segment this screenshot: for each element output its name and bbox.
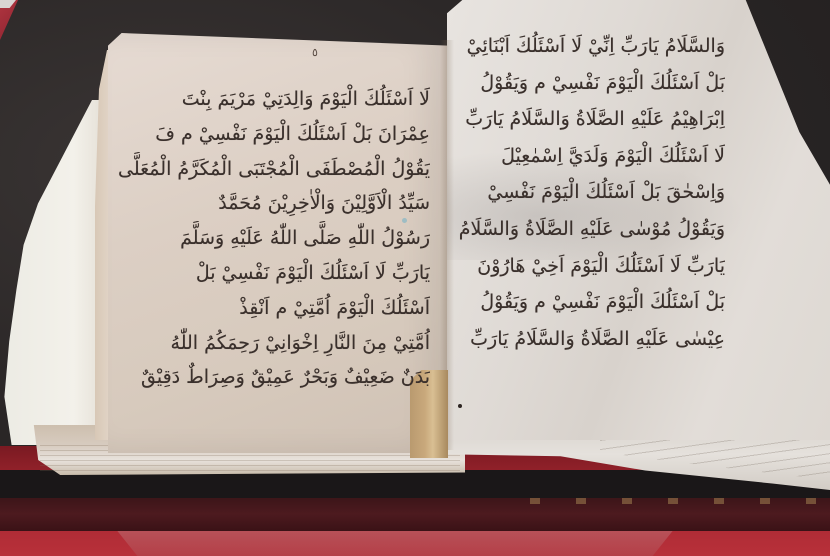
- text-line: وَالسَّلَامُ يَارَبِّ اِنِّيْ لَا اَسْئَ…: [455, 28, 725, 65]
- text-line: عِمْرَانَ بَلْ اَسْئَلُكَ الْيَوْمَ نَفْ…: [118, 117, 430, 152]
- text-line: وَاِسْحٰقَ بَلْ اَسْئَلُكَ الْيَوْمَ نَف…: [455, 174, 725, 211]
- text-line: رَسُوْلُ اللّٰهِ صَلَّى اللّٰهُ عَلَيْهِ…: [118, 221, 430, 256]
- text-line: بَلْ اَسْئَلُكَ الْيَوْمَ نَفْسِيْ م وَي…: [455, 65, 725, 102]
- text-line: اَسْئَلُكَ الْيَوْمَ اُمَّتِيْ م اَنْقِذ…: [118, 291, 430, 326]
- text-line: اُمَّتِيْ مِنَ النَّارِ اِخْوَانِيْ رَحِ…: [118, 326, 430, 361]
- text-line: لَا اَسْئَلُكَ الْيَوْمَ وَلَدَيَّ اِسْم…: [455, 138, 725, 175]
- text-line: وَيَقُوْلُ مُوْسٰى عَلَيْهِ الصَّلَاةُ و…: [455, 211, 725, 248]
- text-line: عِيْسٰى عَلَيْهِ الصَّلَاةُ وَالسَّلَامُ…: [455, 321, 725, 358]
- page-marker: ٥: [312, 46, 318, 59]
- text-line: لَا اَسْئَلُكَ الْيَوْمَ وَالِدَتِيْ مَر…: [118, 82, 430, 117]
- text-line: يَارَبِّ لَا اَسْئَلُكَ الْيَوْمَ اَخِيْ…: [455, 248, 725, 285]
- right-page-text: وَالسَّلَامُ يَارَبِّ اِنِّيْ لَا اَسْئَ…: [455, 28, 725, 357]
- left-page-text: لَا اَسْئَلُكَ الْيَوْمَ وَالِدَتِيْ مَر…: [118, 82, 430, 395]
- text-line: بَدَنٌ ضَعِيْفٌ وَبَحْرٌ عَمِيْقٌ وَصِرَ…: [118, 360, 430, 395]
- manuscript-photo: ٥ لَا اَسْئَلُكَ الْيَوْمَ وَالِدَتِيْ م…: [0, 0, 830, 556]
- ink-blot: [458, 404, 462, 408]
- text-line: اِبْرَاهِيْمُ عَلَيْهِ الصَّلَاةُ وَالسَ…: [455, 101, 725, 138]
- text-line: بَلْ اَسْئَلُكَ الْيَوْمَ نَفْسِيْ م وَي…: [455, 284, 725, 321]
- text-line: سَيِّدُ الْاَوَّلِيْنَ وَالْاٰخِرِيْنَ م…: [118, 186, 430, 221]
- text-line: يَقُوْلُ الْمُصْطَفَى الْمُجْتَبَى الْمُ…: [118, 152, 430, 187]
- text-line: يَارَبِّ لَا اَسْئَلُكَ الْيَوْمَ نَفْسِ…: [118, 256, 430, 291]
- glass-stand-base: [115, 528, 675, 556]
